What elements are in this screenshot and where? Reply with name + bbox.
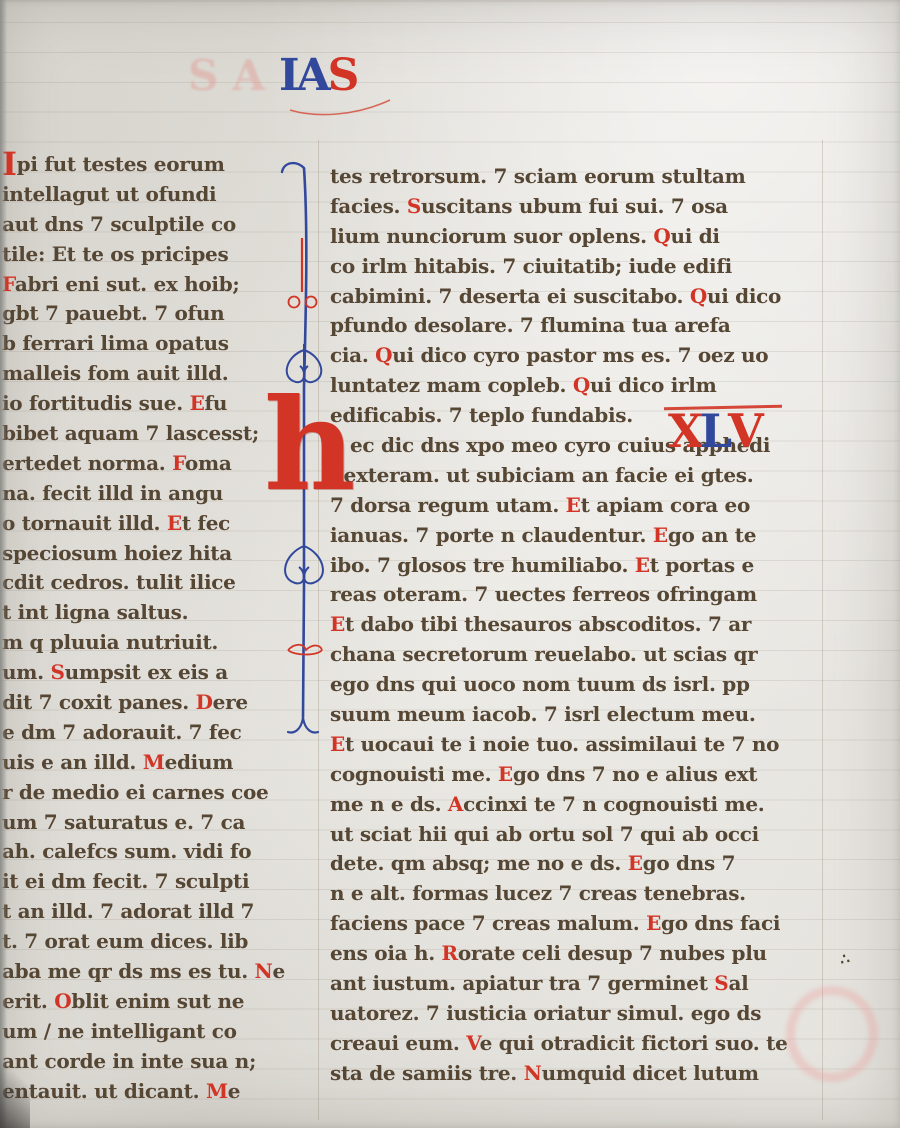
text-segment: ui dico cyro pastor ms es. 7 oez uo <box>392 343 768 367</box>
text-segment: facies. <box>330 194 407 218</box>
text-segment: t. 7 orat eum dices. lib <box>2 929 248 953</box>
text-segment: umpsit ex eis a <box>65 660 228 684</box>
text-segment: t dabo tibi thesauros abscoditos. 7 ar <box>345 612 751 636</box>
text-line: ant iustum. apiatur tra 7 germinet Sal <box>330 969 825 999</box>
text-segment: ianuas. 7 porte n claudentur. <box>330 523 653 547</box>
drop-cap-initial-h: h <box>264 382 356 508</box>
text-line: t int ligna saltus. <box>2 598 302 628</box>
text-line: t. 7 orat eum dices. lib <box>2 927 302 957</box>
text-segment: E <box>628 851 643 875</box>
text-segment: E <box>646 911 661 935</box>
text-line: Ipi fut testes eorum <box>2 150 302 180</box>
text-segment: E <box>190 391 205 415</box>
text-line: uis e an illd. Medium <box>2 748 302 778</box>
title-flourish-icon <box>286 92 396 118</box>
text-segment: S <box>50 660 64 684</box>
text-segment: cabimini. 7 deserta ei suscitabo. <box>330 284 690 308</box>
text-line: me n e ds. Accinxi te 7 n cognouisti me. <box>330 790 825 820</box>
text-segment: aba me qr ds ms es tu. <box>2 959 255 983</box>
text-segment: malleis fom auit illd. <box>2 361 228 385</box>
text-line: luntatez mam copleb. Qui dico irlm <box>330 371 825 401</box>
text-segment: r de medio ei carnes coe <box>2 780 268 804</box>
text-line: suum meum iacob. 7 isrl electum meu. <box>330 700 825 730</box>
text-segment: it ei dm fecit. 7 sculpti <box>2 869 249 893</box>
manuscript-page: SAIAS Ipi fut testes eorumintellagut ut … <box>0 0 900 1128</box>
text-line: dete. qm absq; me no e ds. Ego dns 7 <box>330 849 825 879</box>
text-segment: D <box>196 690 213 714</box>
text-line: ianuas. 7 porte n claudentur. Ego an te <box>330 521 825 551</box>
text-segment: blit enim sut ne <box>71 989 244 1013</box>
running-title-ghost-letter: S <box>188 51 218 100</box>
text-segment: ui di <box>671 224 720 248</box>
text-line: gbt 7 pauebt. 7 ofun <box>2 299 302 329</box>
text-segment: aut dns 7 sculptile co <box>2 212 236 236</box>
chapter-number: XLV <box>668 408 760 454</box>
text-segment: ant iustum. apiatur tra 7 germinet <box>330 971 714 995</box>
text-line: ah. calefcs sum. vidi fo <box>2 837 302 867</box>
text-line: dit 7 coxit panes. Dere <box>2 688 302 718</box>
text-segment: e qui otradicit fictori suo. te <box>480 1031 788 1055</box>
text-segment: pfundo desolare. 7 flumina tua arefa <box>330 313 731 337</box>
margin-mark: ∴ <box>838 949 851 969</box>
text-segment: F <box>172 451 185 475</box>
text-line: um. Sumpsit ex eis a <box>2 658 302 688</box>
text-line: reas oteram. 7 uectes ferreos ofringam <box>330 580 825 610</box>
text-line: um 7 saturatus e. 7 ca <box>2 808 302 838</box>
text-segment: lium nunciorum suor oplens. <box>330 224 653 248</box>
text-line: dexteram. ut subiciam an facie ei gtes. <box>330 461 825 491</box>
text-line: Fabri eni sut. ex hoib; <box>2 270 302 300</box>
text-line: malleis fom auit illd. <box>2 359 302 389</box>
text-segment: n e alt. formas lucez 7 creas tenebras. <box>330 881 746 905</box>
page-edge-shadow-bottom-left <box>0 1038 30 1128</box>
text-segment: ui dico irlm <box>590 373 716 397</box>
text-segment: dit 7 coxit panes. <box>2 690 196 714</box>
text-line: na. fecit illd in angu <box>2 479 302 509</box>
text-segment: um / ne intelligant co <box>2 1019 237 1043</box>
text-segment: uis e an illd. <box>2 750 143 774</box>
text-line: r de medio ei carnes coe <box>2 778 302 808</box>
text-line: io fortitudis sue. Efu <box>2 389 302 419</box>
text-segment: suum meum iacob. 7 isrl electum meu. <box>330 702 756 726</box>
text-line: it ei dm fecit. 7 sculpti <box>2 867 302 897</box>
text-segment: orate celi desup 7 nubes plu <box>458 941 767 965</box>
text-segment: umquid dicet lutum <box>542 1061 759 1085</box>
text-line: entauit. ut dicant. Me <box>2 1077 302 1107</box>
text-segment: S <box>407 194 421 218</box>
text-segment: io fortitudis sue. <box>2 391 190 415</box>
text-line: bibet aquam 7 lascesst; <box>2 419 302 449</box>
text-line: facies. Suscitans ubum fui sui. 7 osa <box>330 192 825 222</box>
text-segment: N <box>524 1061 542 1085</box>
text-segment: N <box>255 959 273 983</box>
text-line: aba me qr ds ms es tu. Ne <box>2 957 302 987</box>
text-segment: A <box>448 792 463 816</box>
text-segment: go dns faci <box>661 911 780 935</box>
page-edge-shadow-left <box>0 0 7 1128</box>
text-segment: dexteram. ut subiciam an facie ei gtes. <box>330 463 753 487</box>
text-line: ibo. 7 glosos tre humiliabo. Et portas e <box>330 551 825 581</box>
text-segment: faciens pace 7 creas malum. <box>330 911 646 935</box>
text-segment: e <box>228 1079 240 1103</box>
text-segment: cdit cedros. tulit ilice <box>2 570 236 594</box>
text-line: ant corde in inte sua n; <box>2 1047 302 1077</box>
text-line: cia. Qui dico cyro pastor ms es. 7 oez u… <box>330 341 825 371</box>
text-segment: ens oia h. <box>330 941 442 965</box>
text-line: creaui eum. Ve qui otradicit fictori suo… <box>330 1029 825 1059</box>
text-segment: tes retrorsum. 7 sciam eorum stultam <box>330 164 745 188</box>
text-segment: E <box>330 612 345 636</box>
text-segment: cognouisti me. <box>330 762 498 786</box>
text-line: ens oia h. Rorate celi desup 7 nubes plu <box>330 939 825 969</box>
text-line: uatorez. 7 iusticia oriatur simul. ego d… <box>330 999 825 1029</box>
text-line: o tornauit illd. Et fec <box>2 509 302 539</box>
chapter-number-letter: X <box>668 408 704 454</box>
text-line: ego dns qui uoco nom tuum ds isrl. pp <box>330 670 825 700</box>
text-segment: 7 dorsa regum utam. <box>330 493 566 517</box>
text-segment: e dm 7 adorauit. 7 fec <box>2 720 242 744</box>
text-column-left: Ipi fut testes eorumintellagut ut ofundi… <box>2 150 302 1107</box>
text-segment: ui dico <box>707 284 781 308</box>
text-segment: co irlm hitabis. 7 ciuitatib; iude edifi <box>330 254 732 278</box>
text-segment: R <box>442 941 458 965</box>
text-segment: ego dns qui uoco nom tuum ds isrl. pp <box>330 672 750 696</box>
text-line: t an illd. 7 adorat illd 7 <box>2 897 302 927</box>
text-line: m q pluuia nutriuit. <box>2 628 302 658</box>
text-line: ut sciat hii qui ab ortu sol 7 qui ab oc… <box>330 820 825 850</box>
text-segment: t apiam cora eo <box>581 493 750 517</box>
text-segment: edium <box>165 750 234 774</box>
text-segment: t int ligna saltus. <box>2 600 188 624</box>
text-segment: ah. calefcs sum. vidi fo <box>2 839 251 863</box>
text-segment: o tornauit illd. <box>2 511 167 535</box>
text-line: e dm 7 adorauit. 7 fec <box>2 718 302 748</box>
text-segment: creaui eum. <box>330 1031 466 1055</box>
text-line: Et dabo tibi thesauros abscoditos. 7 ar <box>330 610 825 640</box>
text-segment: Q <box>690 284 707 308</box>
text-segment: na. fecit illd in angu <box>2 481 223 505</box>
text-segment: E <box>498 762 513 786</box>
text-line: b ferrari lima opatus <box>2 329 302 359</box>
text-segment: E <box>167 511 182 535</box>
text-line: faciens pace 7 creas malum. Ego dns faci <box>330 909 825 939</box>
text-segment: Q <box>573 373 590 397</box>
text-segment: ut sciat hii qui ab ortu sol 7 qui ab oc… <box>330 822 759 846</box>
text-line: lium nunciorum suor oplens. Qui di <box>330 222 825 252</box>
text-segment: oma <box>185 451 232 475</box>
text-segment: ccinxi te 7 n cognouisti me. <box>463 792 764 816</box>
text-segment: ertedet norma. <box>2 451 172 475</box>
text-segment: S <box>714 971 728 995</box>
text-segment: tile: Et te os pricipes <box>2 242 228 266</box>
text-segment: Q <box>653 224 670 248</box>
text-segment: t uocaui te i noie tuo. assimilaui te 7 … <box>345 732 779 756</box>
text-segment: um 7 saturatus e. 7 ca <box>2 810 245 834</box>
text-segment: reas oteram. 7 uectes ferreos ofringam <box>330 582 757 606</box>
text-segment: b ferrari lima opatus <box>2 331 229 355</box>
text-line: tile: Et te os pricipes <box>2 240 302 270</box>
text-segment: chana secretorum reuelabo. ut scias qr <box>330 642 757 666</box>
text-line: intellagut ut ofundi <box>2 180 302 210</box>
text-line: cdit cedros. tulit ilice <box>2 568 302 598</box>
text-segment: uatorez. 7 iusticia oriatur simul. ego d… <box>330 1001 761 1025</box>
text-line: cognouisti me. Ego dns 7 no e alius ext <box>330 760 825 790</box>
text-segment: E <box>635 553 650 577</box>
text-segment: um. <box>2 660 50 684</box>
text-segment: go dns 7 <box>643 851 736 875</box>
text-segment: Q <box>375 343 392 367</box>
text-segment: erit. <box>2 989 54 1013</box>
text-segment: O <box>54 989 71 1013</box>
text-segment: ere <box>213 690 248 714</box>
text-segment: entauit. ut dicant. <box>2 1079 206 1103</box>
text-segment: t fec <box>182 511 230 535</box>
text-segment: m q pluuia nutriuit. <box>2 630 218 654</box>
text-segment: ant corde in inte sua n; <box>2 1049 256 1073</box>
text-line: sta de samiis tre. Numquid dicet lutum <box>330 1059 825 1089</box>
text-segment: bibet aquam 7 lascesst; <box>2 421 259 445</box>
text-segment: speciosum hoiez hita <box>2 541 232 565</box>
text-segment: e <box>273 959 285 983</box>
text-segment: go an te <box>668 523 756 547</box>
text-segment: al <box>728 971 748 995</box>
text-line: cabimini. 7 deserta ei suscitabo. Qui di… <box>330 282 825 312</box>
text-line: erit. Oblit enim sut ne <box>2 987 302 1017</box>
text-line: tes retrorsum. 7 sciam eorum stultam <box>330 162 825 192</box>
text-segment: me n e ds. <box>330 792 448 816</box>
text-segment: go dns 7 no e alius ext <box>513 762 757 786</box>
text-segment: t portas e <box>650 553 754 577</box>
text-segment: pi fut testes eorum <box>17 152 225 176</box>
text-segment: M <box>206 1079 228 1103</box>
chapter-number-letter: V <box>728 408 764 454</box>
text-line: co irlm hitabis. 7 ciuitatib; iude edifi <box>330 252 825 282</box>
text-segment: E <box>566 493 581 517</box>
text-segment: t an illd. 7 adorat illd 7 <box>2 899 254 923</box>
text-line: ertedet norma. Foma <box>2 449 302 479</box>
text-segment: dete. qm absq; me no e ds. <box>330 851 628 875</box>
text-line: aut dns 7 sculptile co <box>2 210 302 240</box>
text-segment: M <box>143 750 165 774</box>
text-segment: fu <box>205 391 228 415</box>
text-line: pfundo desolare. 7 flumina tua arefa <box>330 311 825 341</box>
text-segment: abri eni sut. ex hoib; <box>15 272 240 296</box>
text-line: n e alt. formas lucez 7 creas tenebras. <box>330 879 825 909</box>
text-segment: E <box>330 732 345 756</box>
text-segment: cia. <box>330 343 375 367</box>
show-through-mark <box>786 986 878 1082</box>
text-line: 7 dorsa regum utam. Et apiam cora eo <box>330 491 825 521</box>
text-segment: sta de samiis tre. <box>330 1061 524 1085</box>
text-segment: edificabis. 7 teplo fundabis. <box>330 403 633 427</box>
text-line: um / ne intelligant co <box>2 1017 302 1047</box>
running-title-ghost-letter: A <box>232 51 265 100</box>
text-segment: intellagut ut ofundi <box>2 182 216 206</box>
text-line: chana secretorum reuelabo. ut scias qr <box>330 640 825 670</box>
text-segment: V <box>466 1031 479 1055</box>
text-line: Et uocaui te i noie tuo. assimilaui te 7… <box>330 730 825 760</box>
text-segment: uscitans ubum fui sui. 7 osa <box>421 194 728 218</box>
text-line: speciosum hoiez hita <box>2 539 302 569</box>
text-segment: E <box>653 523 668 547</box>
text-column-right: tes retrorsum. 7 sciam eorum stultamfaci… <box>330 162 825 1089</box>
text-segment: luntatez mam copleb. <box>330 373 573 397</box>
text-segment: gbt 7 pauebt. 7 ofun <box>2 301 224 325</box>
text-segment: ibo. 7 glosos tre humiliabo. <box>330 553 635 577</box>
